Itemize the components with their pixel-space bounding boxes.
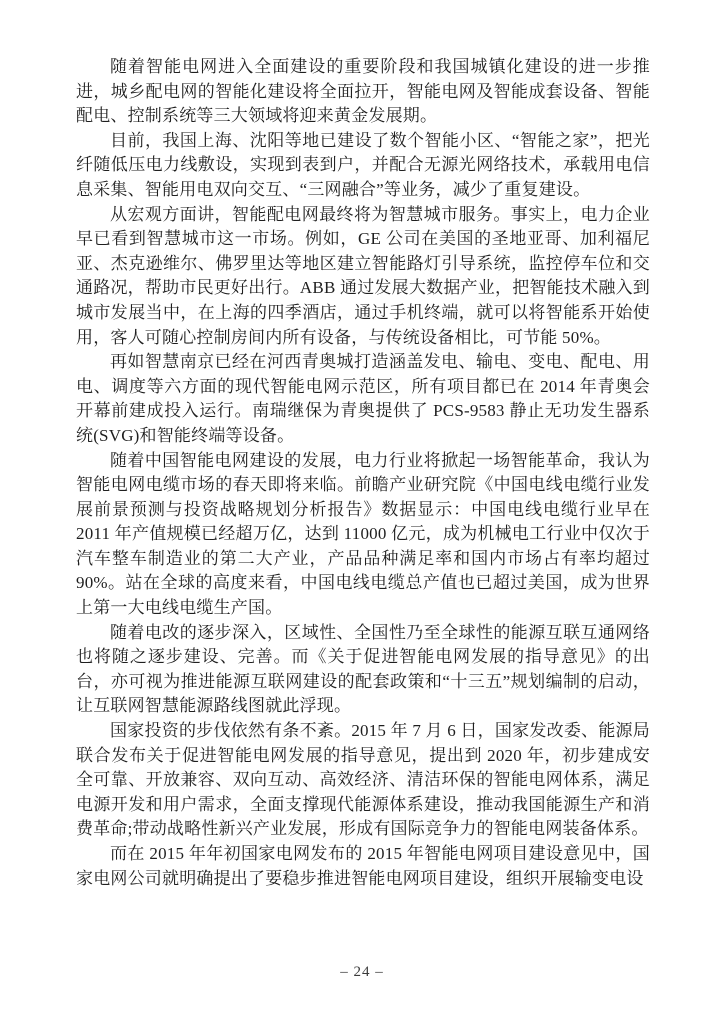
- paragraph: 从宏观方面讲，智能配电网最终将为智慧城市服务。事实上，电力企业早已看到智慧城市这…: [76, 203, 650, 351]
- text-body: 随着智能电网进入全面建设的重要阶段和我国城镇化建设的进一步推进，城乡配电网的智能…: [76, 55, 650, 891]
- paragraph: 再如智慧南京已经在河西青奥城打造涵盖发电、输电、变电、配电、用电、调度等六方面的…: [76, 350, 650, 448]
- paragraph: 随着中国智能电网建设的发展，电力行业将掀起一场智能革命，我认为智能电网电缆市场的…: [76, 449, 650, 621]
- paragraph: 目前，我国上海、沈阳等地已建设了数个智能小区、“智能之家”，把光纤随低压电力线敷…: [76, 129, 650, 203]
- paragraph: 随着智能电网进入全面建设的重要阶段和我国城镇化建设的进一步推进，城乡配电网的智能…: [76, 55, 650, 129]
- page-number: – 24 –: [0, 963, 724, 981]
- paragraph: 随着电改的逐步深入，区域性、全国性乃至全球性的能源互联互通网络也将随之逐步建设、…: [76, 621, 650, 719]
- paragraph: 而在 2015 年年初国家电网发布的 2015 年智能电网项目建设意见中，国家电…: [76, 842, 650, 891]
- document-page: 随着智能电网进入全面建设的重要阶段和我国城镇化建设的进一步推进，城乡配电网的智能…: [0, 0, 724, 1024]
- paragraph: 国家投资的步伐依然有条不紊。2015 年 7 月 6 日，国家发改委、能源局联合…: [76, 719, 650, 842]
